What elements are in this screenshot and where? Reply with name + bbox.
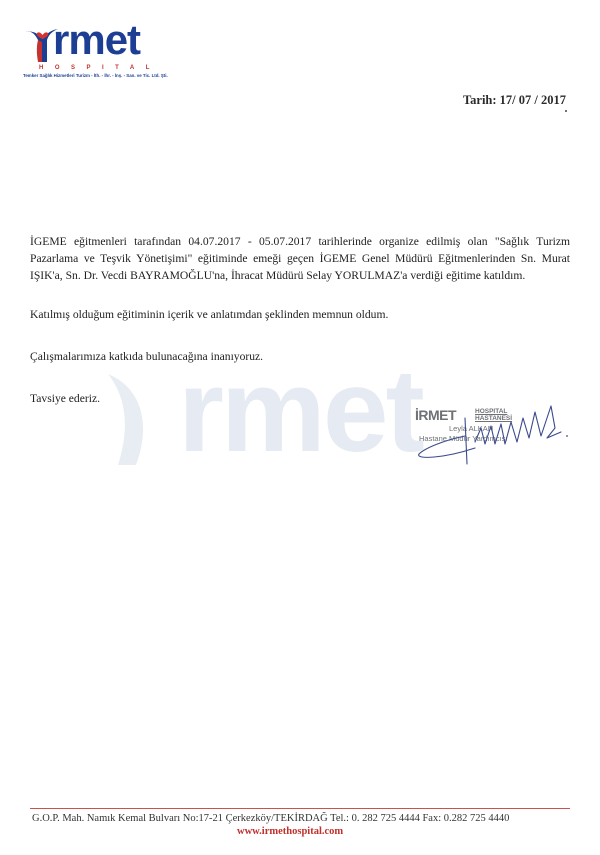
- footer-website-link[interactable]: www.irmethospital.com: [237, 826, 343, 837]
- watermark-text: rmet: [178, 346, 422, 476]
- paragraph-training-info: İGEME eğitmenleri tarafından 04.07.2017 …: [30, 233, 570, 284]
- company-logo: rmet HOSPITAL Temker Sağlık Hizmetleri T…: [23, 22, 163, 78]
- logo-text: rmet: [53, 18, 140, 62]
- document-date: Tarih: 17/ 07 / 2017: [463, 93, 566, 108]
- logo-wordmark: rmet: [23, 22, 163, 62]
- footer-address: G.O.P. Mah. Namık Kemal Bulvarı No:17-21…: [32, 813, 509, 824]
- footer-divider: [30, 808, 570, 809]
- ink-mark: [565, 110, 567, 112]
- logo-hospital-label: HOSPITAL: [23, 65, 163, 71]
- handwritten-signature: [405, 398, 575, 468]
- paragraph-satisfaction: Katılmış olduğum eğitiminin içerik ve an…: [30, 306, 570, 323]
- company-legal-name: Temker Sağlık Hizmetleri Turizm - İth. -…: [23, 73, 163, 78]
- paragraph-belief: Çalışmalarımıza katkıda bulunacağına ina…: [30, 348, 570, 365]
- watermark-crescent-icon: [100, 372, 160, 467]
